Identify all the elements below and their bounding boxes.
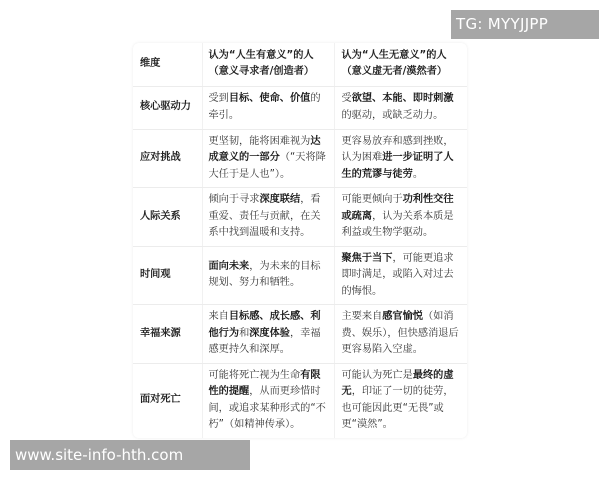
comparison-table: 维度 认为“人生有意义”的人（意义寻求者/创造者） 认为“人生无意义”的人（意义… [133, 43, 467, 438]
cell-text: 受到 [209, 93, 229, 104]
cell-text: 。 [413, 169, 423, 180]
emphasis-text: 深度体验 [249, 328, 290, 339]
watermark-top: TG: MYYJJPP [451, 10, 599, 39]
row-dimension: 核心驱动力 [133, 86, 202, 129]
row-dimension: 时间观 [133, 246, 202, 305]
row-meaningless-cell: 可能认为死亡是最终的虚无，印证了一切的徒劳，也可能因此更“无畏”或更“漠然”。 [334, 363, 467, 438]
header-dimension: 维度 [133, 43, 202, 86]
table-row: 核心驱动力受到目标、使命、价值的牵引。受欲望、本能、即时刺激的驱动，或缺乏动力。 [133, 86, 467, 129]
cell-text: 可能将死亡视为生命 [209, 370, 301, 381]
header-meaningful: 认为“人生有意义”的人（意义寻求者/创造者） [202, 43, 334, 86]
row-dimension: 人际关系 [133, 188, 202, 247]
header-meaningless: 认为“人生无意义”的人（意义虚无者/漠然者） [334, 43, 467, 86]
cell-text: 可能更倾向于 [342, 194, 403, 205]
table-header-row: 维度 认为“人生有意义”的人（意义寻求者/创造者） 认为“人生无意义”的人（意义… [133, 43, 467, 86]
row-meaningless-cell: 主要来自感官愉悦（如消费、娱乐），但快感消退后更容易陷入空虚。 [334, 305, 467, 364]
row-meaningful-cell: 可能将死亡视为生命有限性的提醒，从而更珍惜时间，或追求某种形式的“不朽”（如精神… [202, 363, 334, 438]
cell-text: 的驱动，或缺乏动力。 [342, 110, 444, 121]
row-dimension: 应对挑战 [133, 129, 202, 188]
cell-text: 倾向于寻求 [209, 194, 260, 205]
table-row: 应对挑战更坚韧，能将困难视为达成意义的一部分（“天将降大任于是人也”）。更容易放… [133, 129, 467, 188]
row-meaningful-cell: 面向未来，为未来的目标规划、努力和牺牲。 [202, 246, 334, 305]
row-meaningful-cell: 更坚韧，能将困难视为达成意义的一部分（“天将降大任于是人也”）。 [202, 129, 334, 188]
row-meaningful-cell: 受到目标、使命、价值的牵引。 [202, 86, 334, 129]
emphasis-text: 感官愉悦 [382, 311, 423, 322]
cell-text: 受 [342, 93, 352, 104]
cell-text: 主要来自 [342, 311, 383, 322]
cell-text: 可能认为死亡是 [342, 370, 413, 381]
comparison-table-card: 维度 认为“人生有意义”的人（意义寻求者/创造者） 认为“人生无意义”的人（意义… [133, 43, 467, 438]
watermark-bottom: www.site-info-hth.com [10, 440, 250, 470]
row-dimension: 幸福来源 [133, 305, 202, 364]
emphasis-text: 深度联结 [259, 194, 300, 205]
row-meaningless-cell: 更容易放弃和感到挫败，认为困难进一步证明了人生的荒谬与徒劳。 [334, 129, 467, 188]
table-row: 幸福来源来自目标感、成长感、利他行为和深度体验，幸福感更持久和深厚。主要来自感官… [133, 305, 467, 364]
table-row: 时间观面向未来，为未来的目标规划、努力和牺牲。聚焦于当下，可能更追求即时满足，或… [133, 246, 467, 305]
row-meaningless-cell: 受欲望、本能、即时刺激的驱动，或缺乏动力。 [334, 86, 467, 129]
emphasis-text: 欲望、本能、即时刺激 [352, 93, 454, 104]
row-dimension: 面对死亡 [133, 363, 202, 438]
row-meaningful-cell: 倾向于寻求深度联结，看重爱、责任与贡献，在关系中找到温暖和支持。 [202, 188, 334, 247]
cell-text: 和 [239, 328, 249, 339]
cell-text: ，印证了一切的徒劳，也可能因此更“无畏”或更“漠然”。 [342, 386, 454, 430]
row-meaningless-cell: 可能更倾向于功利性交往或疏离，认为关系本质是利益或生物学驱动。 [334, 188, 467, 247]
row-meaningless-cell: 聚焦于当下，可能更追求即时满足，或陷入对过去的悔恨。 [334, 246, 467, 305]
table-row: 面对死亡可能将死亡视为生命有限性的提醒，从而更珍惜时间，或追求某种形式的“不朽”… [133, 363, 467, 438]
table-row: 人际关系倾向于寻求深度联结，看重爱、责任与贡献，在关系中找到温暖和支持。可能更倾… [133, 188, 467, 247]
emphasis-text: 聚焦于当下 [342, 253, 393, 264]
row-meaningful-cell: 来自目标感、成长感、利他行为和深度体验，幸福感更持久和深厚。 [202, 305, 334, 364]
cell-text: 更坚韧，能将困难视为 [209, 136, 311, 147]
emphasis-text: 目标、使命、价值 [229, 93, 311, 104]
emphasis-text: 面向未来 [209, 261, 250, 272]
cell-text: 来自 [209, 311, 229, 322]
